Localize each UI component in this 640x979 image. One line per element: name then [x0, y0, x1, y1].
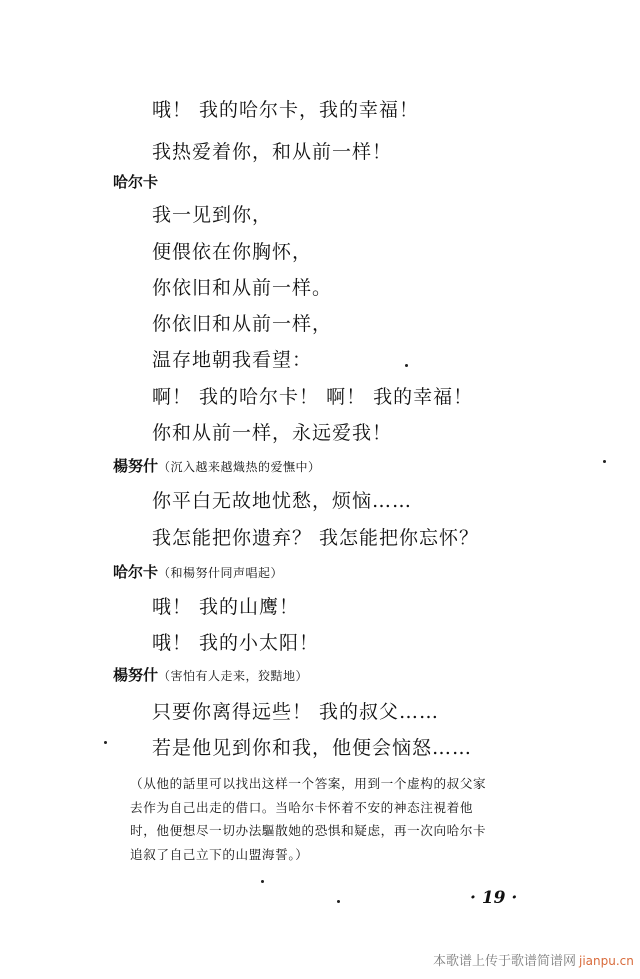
page-number: · 19 ·	[470, 888, 517, 908]
lyric-line: 只要你离得远些！ 我的叔父……	[152, 700, 439, 724]
note-line: （从他的話里可以找出这样一个答案，用到一个虚构的叔父家	[130, 772, 500, 796]
narrative-note: （从他的話里可以找出这样一个答案，用到一个虚构的叔父家 去作为自己出走的借口。当…	[130, 772, 500, 866]
note-line: 时，他便想尽一切办法驅散她的恐惧和疑虑，再一次向哈尔卡	[130, 819, 500, 843]
speaker-name: 楊努什	[113, 457, 158, 475]
watermark-text: 本歌谱上传于歌谱简谱网	[433, 954, 576, 969]
speaker-heading: 哈尔卡（和楊努什同声唱起）	[113, 562, 283, 583]
lyric-line: 便偎依在你胸怀，	[152, 240, 312, 264]
stage-direction: （害怕有人走来，狡黠地）	[158, 669, 308, 683]
print-speck	[405, 364, 408, 367]
print-speck	[104, 741, 107, 744]
lyric-line: 啊！ 我的哈尔卡！ 啊！ 我的幸福！	[152, 385, 473, 409]
speaker-name: 楊努什	[113, 666, 158, 684]
lyric-line: 你依旧和从前一样。	[152, 276, 332, 300]
stage-direction: （和楊努什同声唱起）	[158, 566, 283, 580]
lyric-line: 你和从前一样，永远爱我！	[152, 421, 392, 445]
stage-direction: （沉入越来越熾热的爱憮中）	[158, 460, 321, 474]
speaker-name: 哈尔卡	[113, 563, 158, 581]
lyric-line: 温存地朝我看望：	[152, 348, 312, 372]
print-speck	[261, 880, 264, 883]
speaker-heading: 楊努什（害怕有人走来，狡黠地）	[113, 665, 308, 686]
watermark: 本歌谱上传于歌谱简谱网jianpu.cn	[433, 952, 634, 971]
speaker-name: 哈尔卡	[113, 173, 158, 191]
libretto-page: 哦！ 我的哈尔卡，我的幸福！ 我热爱着你，和从前一样！ 哈尔卡 我一见到你， 便…	[0, 0, 640, 979]
lyric-line: 若是他见到你和我，他便会恼怒……	[152, 736, 472, 760]
lyric-line: 哦！ 我的小太阳！	[152, 631, 319, 655]
note-line: 追叙了自己立下的山盟海誓。）	[130, 843, 500, 867]
note-line: 去作为自己出走的借口。当哈尔卡怀着不安的神态注視着他	[130, 796, 500, 820]
lyric-line: 我一见到你，	[152, 203, 272, 227]
print-speck	[337, 900, 340, 903]
lyric-line: 哦！ 我的山鹰！	[152, 595, 299, 619]
lyric-line: 哦！ 我的哈尔卡，我的幸福！	[152, 98, 419, 122]
lyric-line: 我怎能把你遗弃？ 我怎能把你忘怀？	[152, 526, 479, 550]
print-speck	[603, 460, 606, 463]
speaker-heading: 哈尔卡	[113, 172, 158, 192]
speaker-heading: 楊努什（沉入越来越熾热的爱憮中）	[113, 456, 321, 477]
lyric-line: 你平白无故地忧愁，烦恼……	[152, 489, 412, 513]
lyric-line: 你依旧和从前一样，	[152, 312, 332, 336]
lyric-line: 我热爱着你，和从前一样！	[152, 140, 392, 164]
watermark-site-link[interactable]: jianpu.cn	[579, 954, 634, 968]
